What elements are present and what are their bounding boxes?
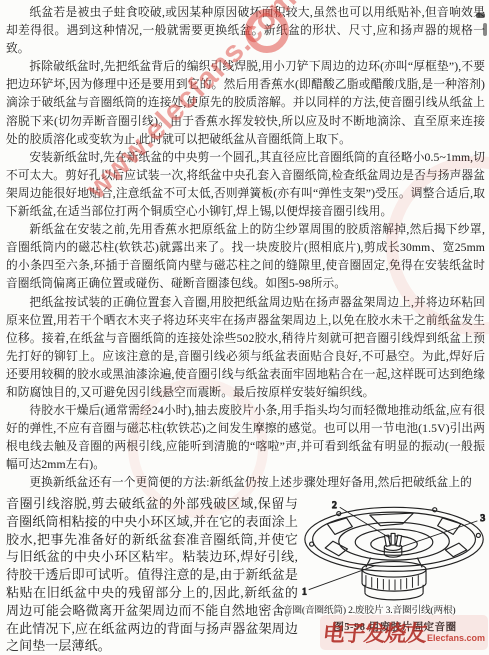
paragraph: 拆除破纸盆时,先把纸盆背后的编织引线焊脱,用小刀铲下周边的边环(亦叫“厚框垫”)…: [6, 58, 485, 148]
stamp-ring-watermark-faint: [128, 378, 268, 518]
figure-legend: 1.音圈(音圈纸筒) 2.废胶片 3.音圈引线(两根): [276, 602, 489, 616]
speaker-diagram-icon: 2 3 1: [300, 495, 489, 601]
scanned-document-page: www.elecfans.com 纸盆若是被虫子蛀食咬破,或因某种原因破坏面积较…: [0, 0, 489, 655]
diagram-label-film: 2: [332, 500, 337, 511]
site-logo-english: Elecfans.com: [427, 633, 485, 643]
site-logo-chinese: 电子发烧友: [322, 617, 428, 648]
diagram-label-lead: 3: [480, 513, 485, 524]
watermark-loop-icon: [245, 9, 289, 53]
diagram-label-coil: 1: [302, 587, 307, 598]
site-logo-watermark: 电子发烧友 Elecfans.com: [320, 615, 488, 650]
paragraph-continuation: 音圈引线溶脱,剪去破纸盆的外部残破区域,保留与音圈纸筒相粘接的中央小环区域,并在…: [6, 495, 298, 655]
